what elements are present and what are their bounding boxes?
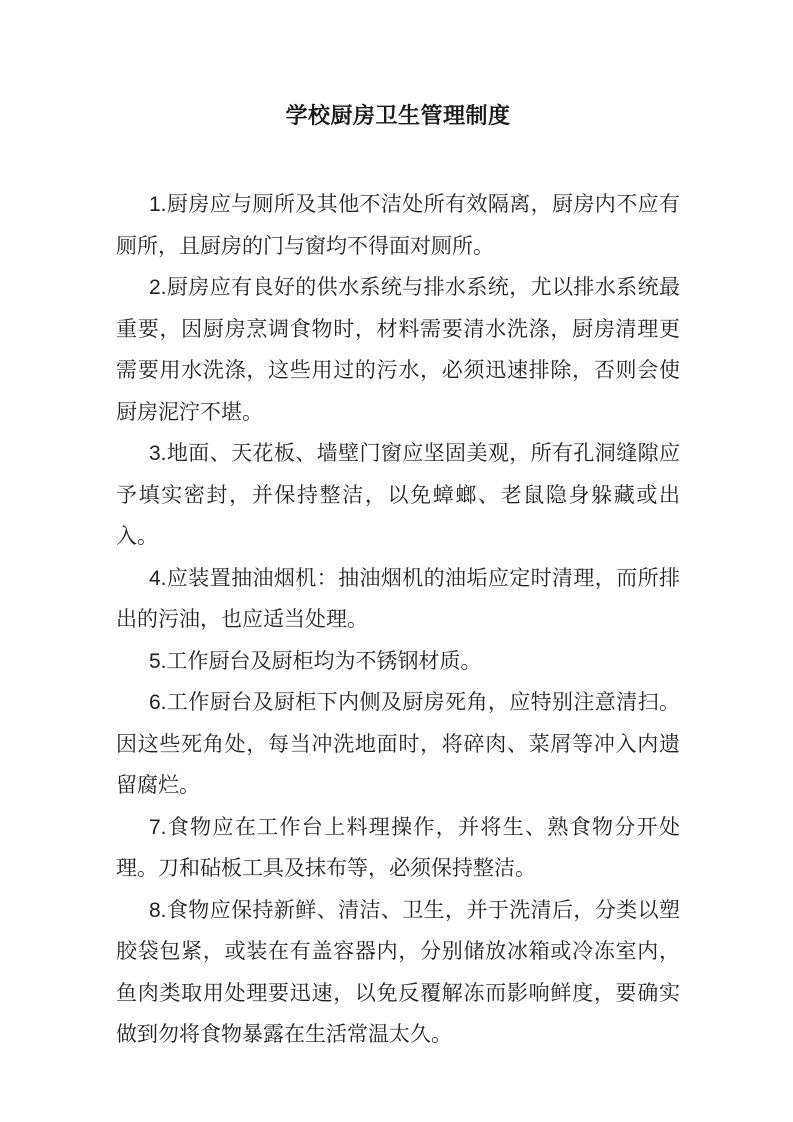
document-page: 学校厨房卫生管理制度 1.厨房应与厕所及其他不洁处所有效隔离，厨房内不应有厕所，… (0, 0, 793, 1122)
paragraph-6: 6.工作厨台及厨柜下内侧及厨房死角，应特别注意清扫。因这些死角处，每当冲洗地面时… (116, 682, 680, 807)
paragraph-3: 3.地面、天花板、墙壁门窗应坚固美观，所有孔洞缝隙应予填实密封，并保持整洁，以免… (116, 433, 680, 558)
paragraph-2: 2.厨房应有良好的供水系统与排水系统，尤以排水系统最重要，因厨房烹调食物时，材料… (116, 267, 680, 433)
paragraph-8: 8.食物应保持新鲜、清洁、卫生，并于洗清后，分类以塑胶袋包紧，或装在有盖容器内，… (116, 890, 680, 1056)
paragraph-7: 7.食物应在工作台上料理操作，并将生、熟食物分开处理。刀和砧板工具及抹布等，必须… (116, 807, 680, 890)
paragraph-4: 4.应装置抽油烟机：抽油烟机的油垢应定时清理，而所排出的污油，也应适当处理。 (116, 558, 680, 641)
paragraph-1: 1.厨房应与厕所及其他不洁处所有效隔离，厨房内不应有厕所，且厨房的门与窗均不得面… (116, 184, 680, 267)
document-title: 学校厨房卫生管理制度 (116, 101, 680, 131)
paragraph-5: 5.工作厨台及厨柜均为不锈钢材质。 (116, 641, 680, 683)
document-body: 1.厨房应与厕所及其他不洁处所有效隔离，厨房内不应有厕所，且厨房的门与窗均不得面… (116, 184, 680, 1056)
